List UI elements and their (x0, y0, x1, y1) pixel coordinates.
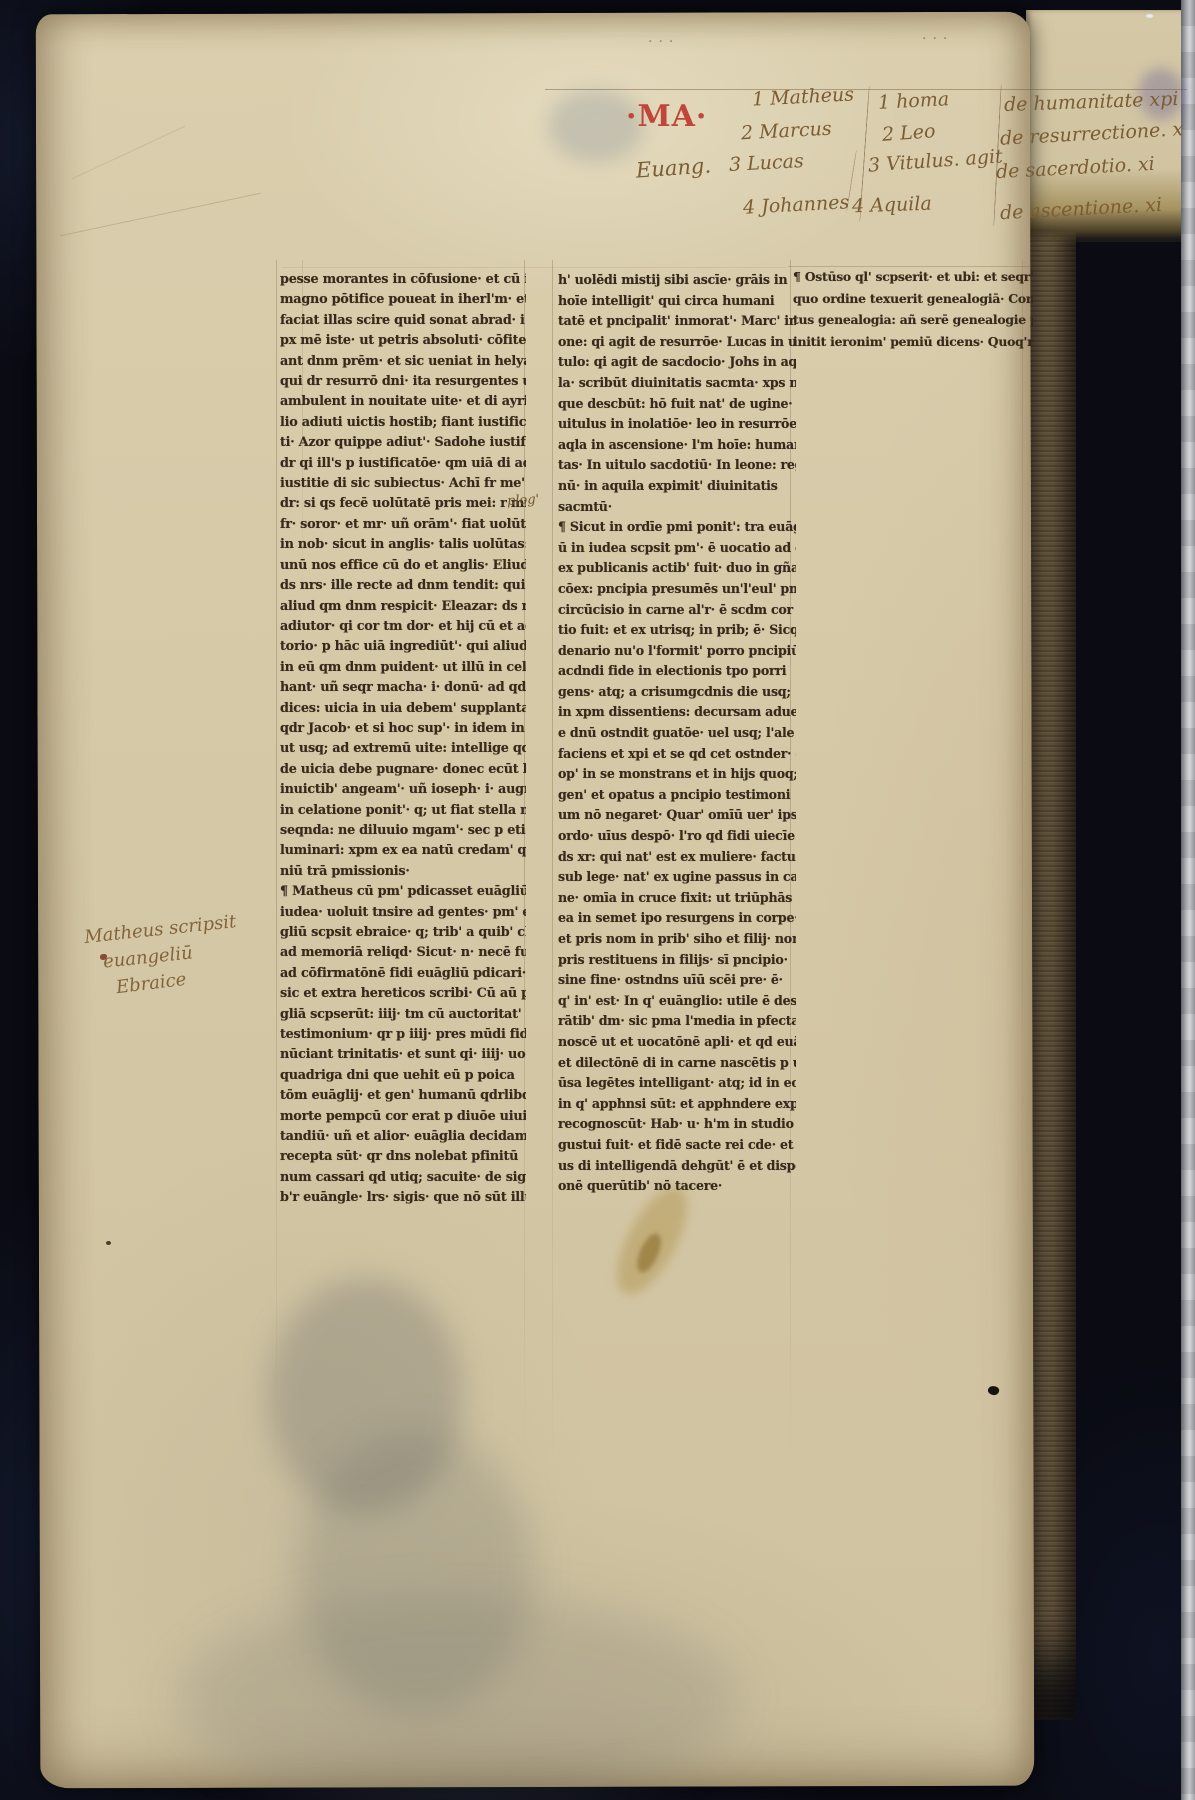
text-line: initit ieronim' pemiū dicens· Quoq're· (793, 331, 1033, 353)
text-line: rātib' dm· sic pma l'media in pfecta cog (558, 1011, 796, 1032)
text-line: tus genealogia: añ serē genealogie p (793, 309, 1033, 331)
text-line: num cassari qd utiq; sacuite· de signa (280, 1168, 526, 1188)
ruled-line-horizontal (282, 267, 787, 268)
text-line: op' in se monstrans et in hijs quoq; (558, 764, 796, 785)
text-line: qui dr resurrō dni· ita resurgentes ut (280, 372, 526, 392)
text-line: px mē iste· ut petris absoluti· cōfite (280, 331, 526, 351)
text-line: et pris nom in prib' siho et filij· nom (558, 929, 796, 950)
right-edge-ruler-strip (1181, 0, 1195, 1800)
text-line: gustui fuit· et fidē sacte rei cde· et o… (558, 1135, 796, 1156)
text-line: ut usq; ad extremū uite: intellige qd no… (280, 739, 526, 759)
text-line: dr: si qs fecē uolūtatē pris mei: r mr i… (280, 494, 526, 514)
text-line: us di intelligendā dehgūt' ē et disposit… (558, 1156, 796, 1177)
text-line: ambulent in nouitate uite· et di ayri (280, 392, 526, 412)
text-line: gens· atq; a crisumgcdnis die usq; (558, 682, 796, 703)
text-line: fr· soror· et mr· uñ orām'· fiat uolūtas… (280, 515, 526, 535)
text-line: recognoscūt· Hab· u· h'm in studio ar (558, 1114, 796, 1135)
text-line: tas· In uitulo sacdotiū· In leone: reg (558, 455, 796, 476)
text-line: cōex: pncipia presumēs un'l'eul' pma (558, 579, 796, 600)
ruled-line-vertical (1022, 260, 1023, 1260)
table-row-2-symbol: 2 Leo (881, 122, 936, 145)
ruled-line-vertical (276, 260, 277, 1475)
text-line: inuictib' angeam'· uñ ioseph· i· augmtū (280, 780, 526, 800)
text-line: ds xr: qui nat' est ex muliere· factus (558, 847, 796, 868)
gutter-note-prologue: plog' (507, 492, 540, 509)
text-line: tatē et pncipalit' inmorat'· Marc' in le (558, 311, 796, 332)
text-line: ūsa legētes intelligant· atq; id in eo (558, 1073, 796, 1094)
text-line: torio· p hāc uiā ingrediūt'· qui aliud (280, 637, 526, 657)
ruled-line-vertical (552, 260, 553, 1475)
text-line: seqnda: ne diluuio mgam'· sec p etiā il (280, 821, 526, 841)
text-line: pesse morantes in cōfusione· et cū ihu (280, 270, 526, 290)
text-line: e dnū ostndit guatōe· uel usq; l'ale (558, 723, 796, 744)
text-line: faciat illas scire quid sonat abrad· i (280, 311, 526, 331)
text-line: noscē ut et uocatōnē apli· et qd euāglij (558, 1032, 796, 1053)
text-line: in eū qm dnm puident· ut illū in celo do… (280, 658, 526, 678)
text-line: magno pōtifice poueat in iherl'm· et (280, 290, 526, 310)
text-line: la· scribūt diuinitatis sacmta· xps n (558, 373, 796, 394)
prick-dots: ··· (648, 34, 679, 50)
text-line: gen' et opatus a pncipio testimoni (558, 785, 796, 806)
text-line: in nob· sicut in anglis· talis uolūtas: (280, 535, 526, 555)
text-line: ordo· uīus despō· l'ro qd fidi uiecīe et (558, 826, 796, 847)
text-line: circūcisio in carne al'r· ē scdm cor ele… (558, 600, 796, 621)
text-line: ne· omīa in cruce fixit: ut triūphās (558, 888, 796, 909)
text-line: denario nu'o l'formit' porro pncipiū (558, 641, 796, 662)
text-line: ant dnm prēm· et sic ueniat in helyachi (280, 352, 526, 372)
text-line: in xpm dissentiens: decursam adue (558, 702, 796, 723)
text-line: luminari: xpm ex ea natū credam' qi (280, 841, 526, 861)
text-line: aqla in ascensione· l'm hoīe: humani (558, 435, 796, 456)
dust-speck (1146, 14, 1153, 18)
gothic-text-column-1: pesse morantes in cōfusione· et cū ihuma… (280, 270, 526, 1209)
text-line: faciens et xpi et se qd cet ostnder· et … (558, 744, 796, 765)
text-line: sic et extra hereticos scribi· Cū aū pl'… (280, 984, 526, 1004)
text-line: b'r euāngle· lrs· sigis· que nō sūt illū… (280, 1188, 526, 1208)
table-row-2-evangelist: 2 Marcus (741, 120, 832, 144)
text-line: niū trā pmissionis· (280, 862, 526, 882)
text-line: q' in' est· In q' euānglio: utile ē desi… (558, 991, 796, 1012)
text-line: ti· Azor quippe adiut'· Sadohe iustifica… (280, 433, 526, 453)
text-line: de uicia debe pugnare· donec ecūt hi (280, 760, 526, 780)
gothic-text-column-2: h' uolēdi mistij sibi ascīe· grāis inhoī… (558, 270, 796, 1197)
text-line: tōm euāglij· et gen' humanū qdrlibda (280, 1086, 526, 1106)
text-line: in q' apphnsi sūt: et apphndere expeterē (558, 1094, 796, 1115)
text-line: tulo: qi agit de sacdocio· Johs in aq' (558, 352, 796, 373)
text-line: ex publicanis actib' fuit· duo in gña (558, 558, 796, 579)
photograph-stage: ·MA· ··· ··· Euang. 1 Matheus 1 homa de … (0, 0, 1195, 1800)
text-line: um nō negaret· Quar' omīū uer' ipsl'· (558, 805, 796, 826)
text-line: tandiū· uñ et alior· euāglia decidam' ne… (280, 1127, 526, 1147)
text-line: gliū scpsit ebraice· q; trib' a quib' ch… (280, 923, 526, 943)
text-line: pris restituens in filijs· sī pncipio· (558, 950, 796, 971)
text-line: aliud qm dnm respicit· Eleazar: ds ms (280, 597, 526, 617)
text-line: dices: uicia in uia debem' supplantare· (280, 699, 526, 719)
text-line: iustitie di sic subiectus· Achī fr me' u… (280, 474, 526, 494)
text-line: lio adiuti uictis hostib; fiant iustific… (280, 413, 526, 433)
text-line: testimonium· qr p iiij· pres mūdi fidē (280, 1025, 526, 1045)
text-line: ¶ Sicut in ordīe pmi ponit': tra euāgl' (558, 517, 796, 538)
gray-stain (178, 1596, 738, 1800)
table-row-3-evangelist: 3 Lucas (729, 152, 805, 175)
text-line: in celatione ponit'· q; ut fiat stella m… (280, 801, 526, 821)
text-line: nūciant trinitatis· et sunt qi· iiij· uo… (280, 1045, 526, 1065)
text-line: uitulus in inolatiōe· leo in resurrōe (558, 414, 796, 435)
text-line: et dilectōnē di in carne nascētis p uni (558, 1053, 796, 1074)
text-line: iudea· uoluit tnsire ad gentes· pm' euā (280, 903, 526, 923)
text-line: sacmtū· (558, 497, 796, 518)
text-line: gliā scpserūt: iiij· tm cū auctoritat' h… (280, 1005, 526, 1025)
text-line: tio fuit: et ex utrisq; in prib; ē· Sicq… (558, 620, 796, 641)
text-line: quo ordine texuerit genealogiā· Concep (793, 288, 1033, 310)
text-line: ds nrs· ille recte ad dnm tendit: qui al (280, 576, 526, 596)
prick-dots: ··· (922, 31, 953, 47)
table-row-1-evangelist: 1 Matheus (752, 85, 855, 109)
text-line: qdr Jacob· et si hoc sup'· in idem in fi… (280, 719, 526, 739)
gothic-text-column-3: ¶ Ostūso ql' scpserit· et ubi: et seqr' … (793, 266, 1033, 352)
text-line: hoīe intelligit' qui circa humani (558, 291, 796, 312)
text-line: ad cōfirmatōnē fidi euāgliū pdicari· (280, 964, 526, 984)
text-line: ¶ Matheus cū pm' pdicasset euāgliū in (280, 882, 526, 902)
table-row-4-symbol: 4 Aquila (852, 195, 932, 217)
table-row-1-symbol: 1 homa (878, 90, 950, 113)
table-label-evangelists: Euang. (635, 155, 711, 181)
text-line: sub lege· nat' ex ugine passus in car (558, 867, 796, 888)
text-line: adiutor· qi cor tm dor· et hij cū et adi… (280, 617, 526, 637)
text-line: morte pempcū cor erat p diuōe uiuit (280, 1107, 526, 1127)
text-line: ad memoriā reliqd· Sicut· n· necē fuit (280, 943, 526, 963)
text-line: unū nos effice cū do et anglis· Eliud: (280, 556, 526, 576)
red-folio-mark: ·MA· (626, 102, 707, 132)
text-line: ū in iudea scpsit pm'· ē uocatio ad dm (558, 538, 796, 559)
text-line: h' uolēdi mistij sibi ascīe· grāis in (558, 270, 796, 291)
text-line: one: qi agit de resurrōe· Lucas in ui (558, 332, 796, 353)
text-line: dr qi ill's p iustificatōe· qm uiā di ad… (280, 454, 526, 474)
text-line: sine fine· ostndns uīū scēi pre· ē· (558, 970, 796, 991)
text-line: que descbūt: hō fuit nat' de ugine· (558, 394, 796, 415)
text-line: quadriga dni que uehit eū p poica (280, 1066, 526, 1086)
text-line: ea in semet ipo resurgens in corpe· (558, 908, 796, 929)
text-line: hant· uñ seqr macha· i· donū· ad qd ten (280, 678, 526, 698)
ruled-line-horizontal (545, 89, 1187, 90)
dark-speck (106, 1241, 111, 1245)
text-line: acdndi fide in electionis tpo porri (558, 661, 796, 682)
text-line: onē querūtib' nō tacere· (558, 1176, 796, 1197)
text-line: nū· in aquila expimit' diuinitatis (558, 476, 796, 497)
text-line: ¶ Ostūso ql' scpserit· et ubi: et seqr' … (793, 266, 1033, 288)
text-line: recepta sūt· qr dns nolebat pfinitū (280, 1147, 526, 1167)
